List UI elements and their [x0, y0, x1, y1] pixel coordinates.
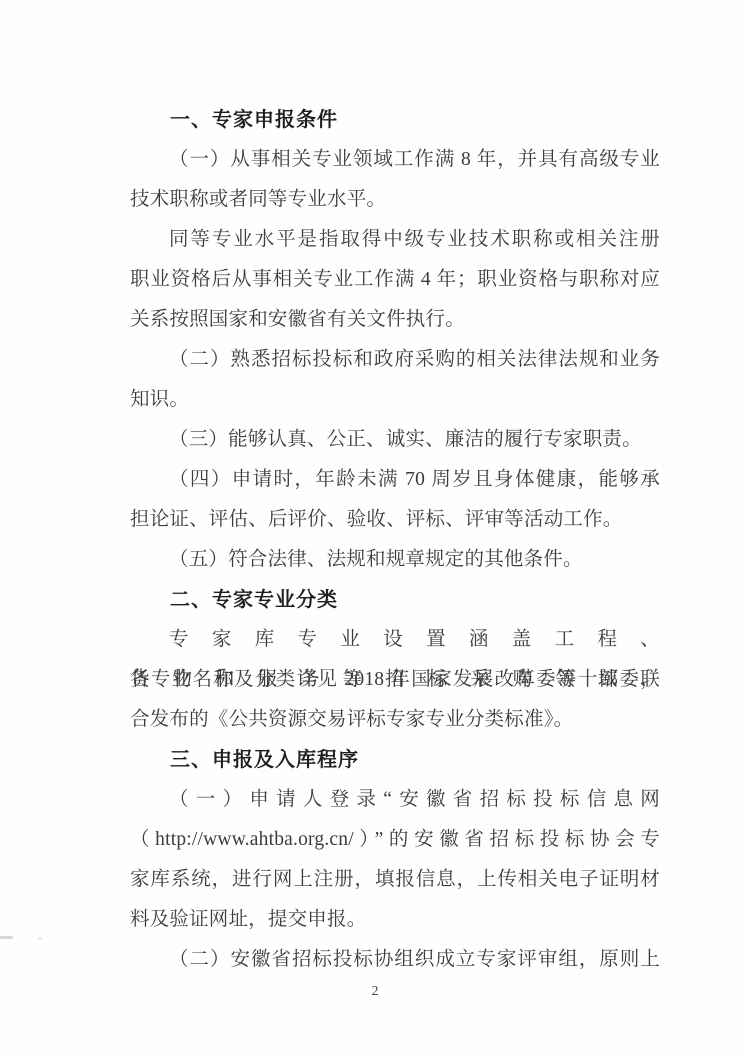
- text-line: （http://www.ahtba.org.cn/）”的安徽省招标投标协会专: [130, 820, 660, 860]
- section-heading-1: 一、专家申报条件: [130, 100, 660, 140]
- scan-artifact-dash: [0, 936, 13, 939]
- text-line: （四）申请时，年龄未满 70 周岁且身体健康，能够承: [130, 460, 660, 500]
- text-line: 家库系统，进行网上注册，填报信息，上传相关电子证明材: [130, 860, 660, 900]
- section-heading-3: 三、申报及入库程序: [130, 740, 660, 780]
- text-line: （三）能够认真、公正、诚实、廉洁的履行专家职责。: [130, 420, 660, 460]
- document-text: 一、专家申报条件 （一）从事相关专业领域工作满 8 年，并具有高级专业 技术职称…: [130, 100, 660, 980]
- text-line: 知识。: [130, 380, 660, 420]
- text-line: 各专业名称及分类详见 2018 年国家发展改革委等十部委联: [130, 660, 660, 700]
- section-heading-2: 二、专家专业分类: [130, 580, 660, 620]
- text-line: 料及验证网址，提交申报。: [130, 900, 660, 940]
- text-line: （二）熟悉招标投标和政府采购的相关法律法规和业务: [130, 340, 660, 380]
- scan-artifact-speck: [38, 937, 42, 940]
- text-line: 职业资格后从事相关专业工作满 4 年；职业资格与职称对应: [130, 260, 660, 300]
- text-line: （一）申请人登录“安徽省招标投标信息网: [130, 780, 660, 820]
- text-line: （五）符合法律、法规和规章规定的其他条件。: [130, 540, 660, 580]
- text-line: 合发布的《公共资源交易评标专家专业分类标准》。: [130, 700, 660, 740]
- text-line: （一）从事相关专业领域工作满 8 年，并具有高级专业: [130, 140, 660, 180]
- text-line: 同等专业水平是指取得中级专业技术职称或相关注册: [130, 220, 660, 260]
- scanned-document-page: 一、专家申报条件 （一）从事相关专业领域工作满 8 年，并具有高级专业 技术职称…: [0, 0, 750, 1060]
- text-line: 担论证、评估、后评价、验收、评标、评审等活动工作。: [130, 500, 660, 540]
- page-number: 2: [0, 982, 750, 1002]
- text-line: 技术职称或者同等专业水平。: [130, 180, 660, 220]
- text-line: 关系按照国家和安徽省有关文件执行。: [130, 300, 660, 340]
- text-line: （二）安徽省招标投标协组织成立专家评审组，原则上: [130, 940, 660, 980]
- text-line: 专家库专业设置涵盖工程、货物和服务等招标采购领域，: [130, 620, 660, 660]
